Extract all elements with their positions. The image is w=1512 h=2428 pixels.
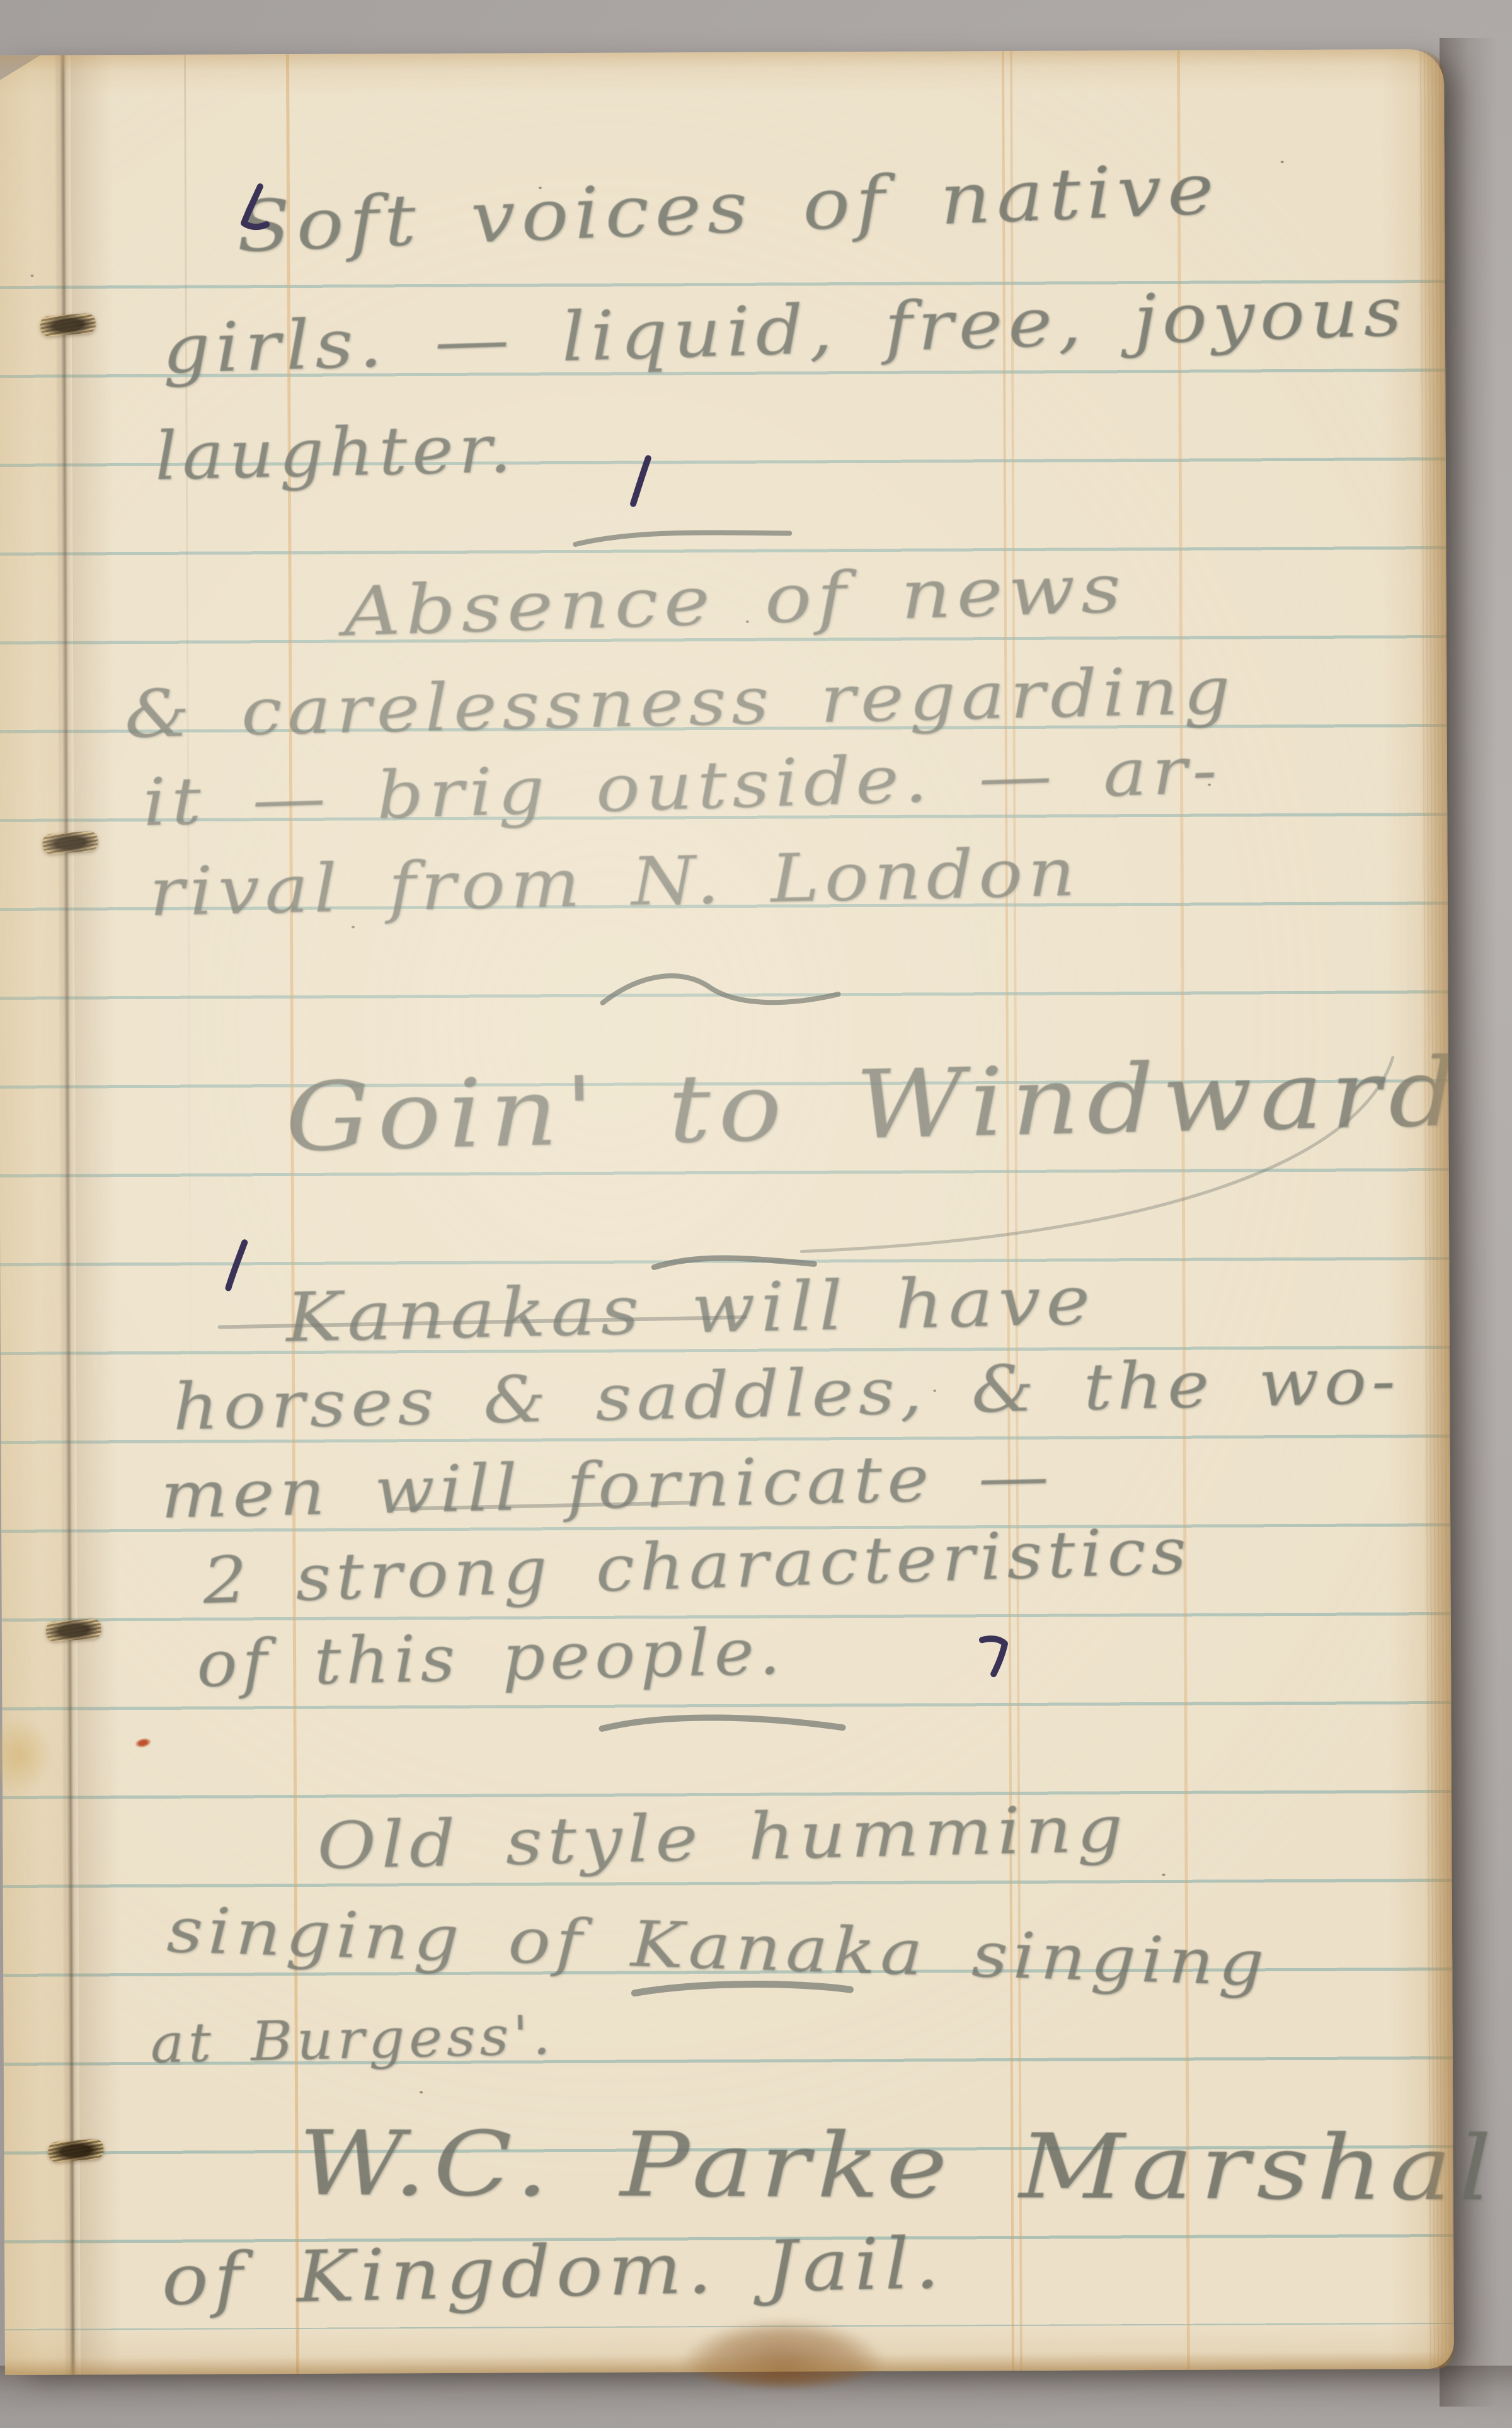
- margin-rule-right: [1177, 50, 1190, 2370]
- handwritten-line-18: of Kingdom. Jail.: [161, 2223, 946, 2322]
- paper-speck: [1281, 161, 1284, 163]
- pencil-divider-2: [602, 975, 838, 1003]
- handwritten-line-16: at Burgess'.: [150, 2004, 556, 2076]
- binding-stitch-1: [40, 312, 96, 336]
- paper-speck: [30, 275, 33, 277]
- handwritten-line-2: girls. — liquid, free, joyous: [161, 273, 1408, 389]
- paper-speck: [420, 2091, 423, 2093]
- handwritten-line-13: of this people.: [196, 1614, 786, 1702]
- handwritten-line-8: Goin' to Windward: [284, 1038, 1465, 1173]
- stain-red-fleck: [134, 1736, 152, 1749]
- pencil-divider-4: [602, 1717, 842, 1729]
- ruled-lines: [0, 195, 1454, 2330]
- handwritten-line-7: rival from N. London: [148, 833, 1080, 931]
- handwritten-line-9: Kanakas will have: [285, 1261, 1096, 1358]
- ink-use-mark-close-1: [633, 458, 648, 503]
- handwritten-line-3: laughter.: [154, 409, 517, 495]
- handwritten-line-14: Old style humming: [316, 1792, 1128, 1884]
- binding-stitch-2: [42, 830, 98, 854]
- photo-backdrop: Soft voices of native girls. — liquid, f…: [0, 0, 1512, 2428]
- paper-speck: [1162, 1874, 1165, 1876]
- handwritten-line-4: Absence of news: [343, 549, 1128, 652]
- handwritten-line-10: horses & saddles, & the wo-: [172, 1343, 1401, 1445]
- handwritten-line-17: W.C. Parke Marshal: [298, 2112, 1499, 2221]
- handwritten-line-1: Soft voices of native: [235, 148, 1221, 268]
- handwritten-line-12: 2 strong characteristics: [202, 1514, 1192, 1619]
- binding-stitch-3: [45, 1618, 102, 1642]
- margin-rule-middle-double: [1010, 51, 1022, 2371]
- pencil-divider-1: [575, 532, 789, 544]
- handwritten-line-11: men will fornicate —: [160, 1439, 1055, 1533]
- notebook-page: Soft voices of native girls. — liquid, f…: [0, 49, 1454, 2375]
- ink-use-mark-close-2: [982, 1639, 1005, 1674]
- pencil-divider-3: [654, 1257, 814, 1267]
- binding-stitch-4: [47, 2138, 104, 2162]
- ink-use-mark-open-2: [228, 1242, 244, 1288]
- handwritten-line-15: singing of Kanaka singing: [166, 1893, 1270, 2000]
- margin-rule-middle: [1002, 51, 1014, 2371]
